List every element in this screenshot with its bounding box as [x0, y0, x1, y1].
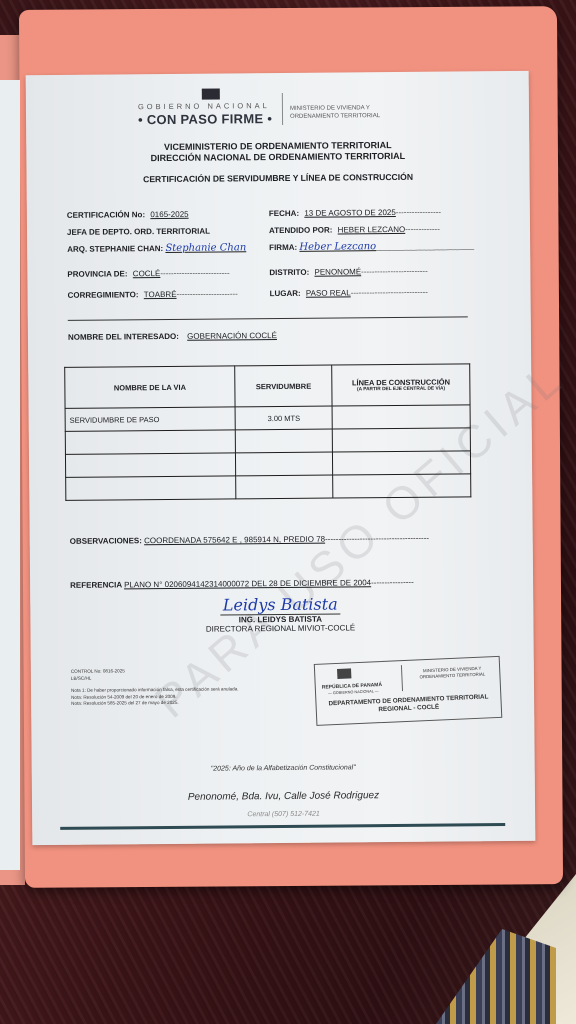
corregimiento-label: CORREGIMIENTO: — [68, 290, 139, 300]
director-signature: Leidys Batista — [180, 594, 380, 615]
gov-line1: GOBIERNO NACIONAL — [138, 101, 270, 111]
director-title: DIRECTORA REGIONAL MIVIOT-COCLÉ — [180, 623, 380, 634]
observaciones-label: OBSERVACIONES: — [70, 536, 142, 546]
certificate-document: PARA USO OFICIAL GOBIERNO NACIONAL • CON… — [26, 71, 536, 845]
firma-signature: Heber Lezcano — [299, 241, 376, 253]
gov-line2: • CON PASO FIRME • — [138, 111, 272, 127]
note-3: Nota: Resolución 585-2025 del 27 de mayo… — [71, 699, 239, 707]
stamp-gobierno: — GOBIERNO NACIONAL — — [328, 689, 379, 695]
footer-phone: Central (507) 512-7421 — [32, 809, 535, 820]
referencia-value: PLANO N° 0206094142314000072 DEL 28 DE D… — [124, 578, 371, 589]
firma-field: FIRMA: Heber Lezcano____________________… — [269, 240, 474, 253]
cell-servidumbre: 3.00 MTS — [235, 406, 332, 430]
cell-nombre-via — [65, 453, 235, 477]
section-divider — [68, 316, 468, 320]
fecha-label: FECHA: — [269, 209, 299, 218]
lugar-field: LUGAR: PASO REAL------------------------… — [270, 288, 428, 298]
interesado-label: NOMBRE DEL INTERESADO: — [68, 332, 179, 342]
left-sheet-edge — [0, 80, 20, 870]
atendido-label: ATENDIDO POR: — [269, 226, 332, 236]
arq-field: ARQ. STEPHANIE CHAN: Stephanie Chan — [67, 242, 246, 255]
header-servidumbre: SERVIDUMBRE — [235, 365, 333, 407]
certificacion-value: 0165-2025 — [150, 210, 188, 219]
stamp-ministry: MINISTERIO DE VIVIENDA Y ORDENAMIENTO TE… — [409, 665, 495, 681]
panama-flag-icon — [202, 89, 220, 100]
header-nombre-via: NOMBRE DE LA VIA — [65, 366, 235, 408]
cell-servidumbre — [235, 429, 332, 453]
arq-signature: Stephanie Chan — [165, 242, 246, 254]
cell-linea — [332, 405, 470, 429]
referencia-field: REFERENCIA PLANO N° 0206094142314000072 … — [70, 578, 414, 590]
title-certificacion: CERTIFICACIÓN DE SERVIDUMBRE Y LÍNEA DE … — [27, 171, 530, 185]
firma-label: FIRMA: — [269, 243, 297, 252]
distrito-field: DISTRITO: PENONOMÉ----------------------… — [269, 267, 427, 277]
certificacion-label: CERTIFICACIÓN No: — [67, 210, 145, 220]
jefa-label: JEFA DE DEPTO. ORD. TERRITORIAL — [67, 227, 210, 237]
atendido-value: HEBER LEZCANO — [338, 225, 406, 235]
cell-servidumbre — [236, 452, 333, 476]
atendido-field: ATENDIDO POR: HEBER LEZCANO------------- — [269, 225, 440, 235]
observaciones-value: COORDENADA 575642 E , 985914 N, PREDIO 7… — [144, 535, 325, 546]
stamp-department: DEPARTAMENTO DE ORDENAMIENTO TERRITORIAL… — [320, 693, 497, 717]
lugar-value: PASO REAL — [306, 288, 351, 297]
stamp-divider — [401, 665, 403, 691]
cell-servidumbre — [236, 475, 333, 499]
certificacion-field: CERTIFICACIÓN No: 0165-2025 — [67, 210, 189, 220]
observaciones-field: OBSERVACIONES: COORDENADA 575642 E , 985… — [70, 534, 429, 546]
cell-nombre-via — [65, 430, 235, 454]
cell-linea — [333, 428, 471, 452]
interesado-field: NOMBRE DEL INTERESADO: GOBERNACIÓN COCLÉ — [68, 331, 277, 342]
panama-flag-icon — [337, 668, 351, 679]
distrito-value: PENONOMÉ — [314, 267, 361, 276]
cell-nombre-via: SERVIDUMBRE DE PASO — [65, 407, 235, 431]
cell-linea — [333, 474, 471, 498]
control-initials: LB/SC/HL — [71, 675, 125, 682]
ministry-name: MINISTERIO DE VIVIENDA Y ORDENAMIENTO TE… — [290, 104, 410, 121]
footer-bar — [60, 823, 505, 830]
corregimiento-value: TOABRÉ — [144, 290, 177, 299]
official-stamp: REPÚBLICA DE PANAMÁ — GOBIERNO NACIONAL … — [314, 656, 503, 726]
interesado-value: GOBERNACIÓN COCLÉ — [187, 331, 277, 341]
table-row — [66, 474, 471, 501]
table-header-row: NOMBRE DE LA VIA SERVIDUMBRE LÍNEA DE CO… — [65, 364, 470, 409]
control-number: CONTROL No: 0816-2025 — [71, 668, 125, 675]
logo-divider — [282, 93, 283, 125]
fecha-field: FECHA: 13 DE AGOSTO DE 2025-------------… — [269, 208, 441, 219]
vias-table: NOMBRE DE LA VIA SERVIDUMBRE LÍNEA DE CO… — [64, 363, 471, 501]
footer-motto: "2025: Año de la Alfabetización Constitu… — [32, 763, 535, 774]
cell-linea — [333, 451, 471, 475]
provincia-label: PROVINCIA DE: — [67, 269, 127, 279]
distrito-label: DISTRITO: — [269, 268, 309, 277]
notes-block: Nota 1: De haber proporcionado informaci… — [71, 686, 239, 707]
arq-label: ARQ. STEPHANIE CHAN: — [67, 244, 163, 254]
lugar-label: LUGAR: — [270, 289, 301, 298]
corregimiento-field: CORREGIMIENTO: TOABRÉ-------------------… — [68, 289, 238, 299]
fecha-value: 13 DE AGOSTO DE 2025 — [304, 208, 396, 218]
cell-nombre-via — [66, 476, 236, 500]
footer-address: Penonomé, Bda. Ivu, Calle José Rodriguez — [32, 789, 535, 804]
provincia-field: PROVINCIA DE: COCLÉ---------------------… — [67, 268, 229, 278]
control-block: CONTROL No: 0816-2025 LB/SC/HL — [71, 668, 125, 681]
director-signature-block: Leidys Batista ING. LEIDYS BATISTA DIREC… — [180, 594, 381, 656]
header-linea-construccion: LÍNEA DE CONSTRUCCIÓN (A PARTIR DEL EJE … — [332, 364, 470, 406]
referencia-label: REFERENCIA — [70, 580, 122, 589]
government-logo: GOBIERNO NACIONAL • CON PASO FIRME • MIN… — [138, 90, 403, 132]
provincia-value: COCLÉ — [133, 269, 161, 278]
